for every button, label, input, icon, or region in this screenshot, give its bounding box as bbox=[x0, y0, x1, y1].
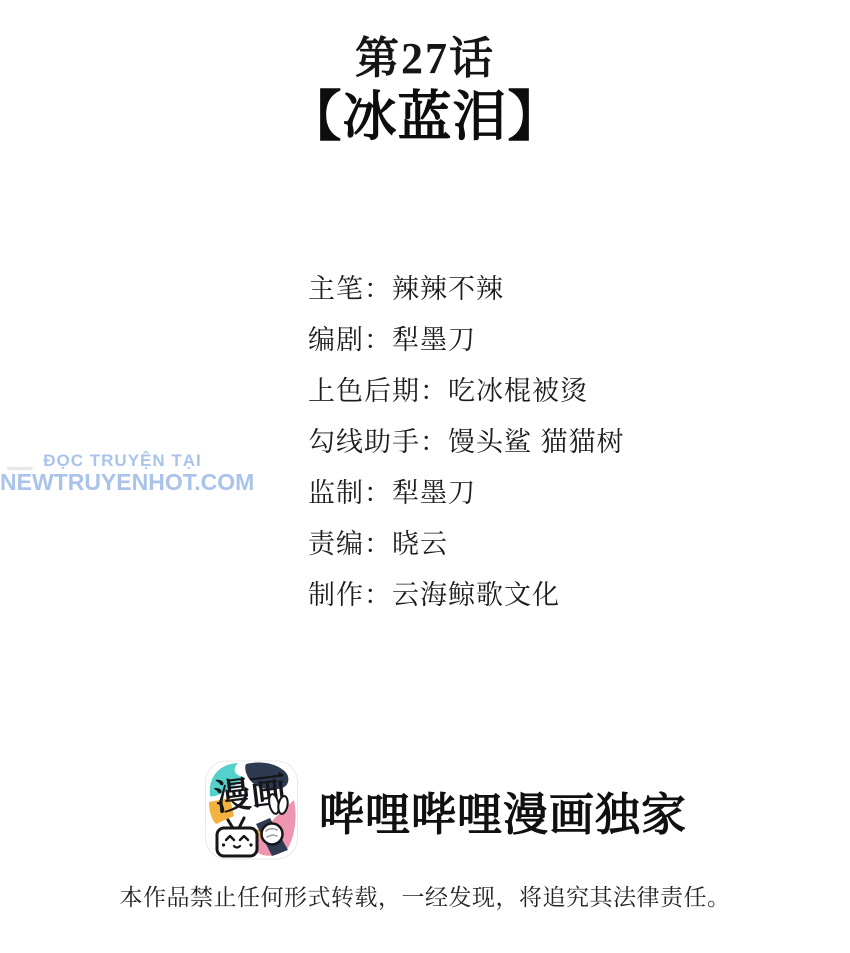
credit-line-lineart: 勾线助手：馒头鲨 猫猫树 bbox=[308, 417, 625, 468]
credit-line-production: 制作：云海鲸歌文化 bbox=[308, 570, 625, 621]
credit-line-editor: 责编：晓云 bbox=[308, 519, 625, 570]
site-watermark: ĐỌC TRUYỆN TẠI NEWTRUYENHOT.COM bbox=[0, 452, 245, 494]
credits-list: 主笔：辣辣不辣 编剧：犁墨刀 上色后期：吃冰棍被烫 勾线助手：馒头鲨 猫猫树 监… bbox=[308, 264, 625, 621]
copyright-notice: 本作品禁止任何形式转载，一经发现，将追究其法律责任。 bbox=[0, 879, 850, 912]
watermark-domain: NEWTRUYENHOT.COM bbox=[0, 470, 245, 494]
credit-line-artist: 主笔：辣辣不辣 bbox=[308, 264, 625, 315]
bilibili-comics-app-icon: 漫画 bbox=[204, 758, 299, 862]
credit-line-supervisor: 监制：犁墨刀 bbox=[308, 468, 625, 519]
exclusive-label: 哔哩哔哩漫画独家 bbox=[319, 778, 687, 843]
credit-line-coloring: 上色后期：吃冰棍被烫 bbox=[308, 366, 625, 417]
publisher-brand-row: 漫画 哔哩哔哩漫画独家 bbox=[204, 758, 687, 862]
watermark-tagline: ĐỌC TRUYỆN TẠI bbox=[0, 452, 245, 470]
logo-fist bbox=[262, 824, 283, 845]
credit-line-writer: 编剧：犁墨刀 bbox=[308, 315, 625, 366]
chapter-title: 【冰蓝泪】 bbox=[0, 74, 850, 151]
comic-page: 第27话 【冰蓝泪】 主笔：辣辣不辣 编剧：犁墨刀 上色后期：吃冰棍被烫 勾线助… bbox=[0, 0, 850, 953]
